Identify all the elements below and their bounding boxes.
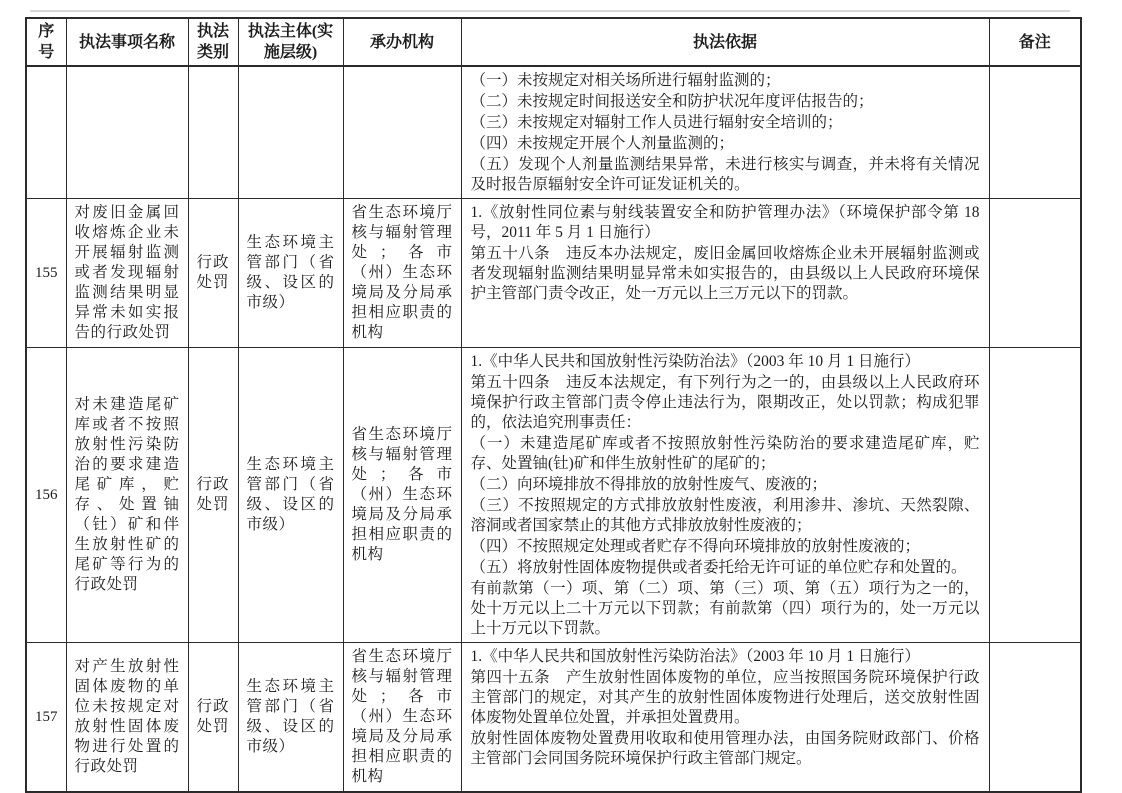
basis-paragraph: （二）未按规定时间报送安全和防护状况年度评估报告的；: [471, 92, 980, 112]
basis-paragraph: （五）发现个人剂量监测结果异常，未进行核实与调查，并未将有关情况及时报告原辐射安…: [471, 155, 980, 195]
subject-cell: [238, 66, 343, 199]
scan-artifact-line: [30, 10, 1070, 12]
basis-paragraph: （二）向环境排放不得排放的放射性废气、废液的；: [471, 475, 980, 495]
remark-cell: [989, 643, 1081, 793]
header-item-name: 执法事项名称: [66, 18, 188, 66]
basis-paragraph: （四）不按照规定处理或者贮存不得向环境排放的放射性废液的；: [471, 537, 980, 557]
basis-paragraph: 1.《中华人民共和国放射性污染防治法》（2003 年 10 月 1 日施行）: [471, 352, 980, 372]
subject-cell: 生态环境主管部门（省级、设区的市级）: [238, 348, 343, 643]
agency-cell: [343, 66, 461, 199]
scanned-document-page: 序号 执法事项名称 执法类别 执法主体(实施层级) 承办机构 执法依据 备注 （…: [0, 0, 1122, 793]
agency-cell: 省生态环境厅核与辐射管理处；各市（州）生态环境局及分局承担相应职责的机构: [343, 348, 461, 643]
basis-paragraph: （一）未建造尾矿库或者不按照放射性污染防治的要求建造尾矿库，贮存、处置铀(钍)矿…: [471, 434, 980, 474]
seq-cell: 157: [26, 643, 66, 793]
agency-cell: 省生态环境厅核与辐射管理处；各市（州）生态环境局及分局承担相应职责的机构: [343, 643, 461, 793]
table-row-continuation: （一）未按规定对相关场所进行辐射监测的；（二）未按规定时间报送安全和防护状况年度…: [26, 66, 1081, 199]
table-row-155: 155 对废旧金属回收熔炼企业未开展辐射监测或者发现辐射监测结果明显异常未如实报…: [26, 199, 1081, 348]
basis-paragraph: 第四十五条 产生放射性固体废物的单位，应当按照国务院环境保护行政主管部门的规定，…: [471, 668, 980, 728]
basis-paragraph: 第五十四条 违反本法规定，有下列行为之一的，由县级以上人民政府环境保护行政主管部…: [471, 373, 980, 433]
basis-cell: 1.《中华人民共和国放射性污染防治法》（2003 年 10 月 1 日施行）第五…: [461, 348, 989, 643]
basis-cell: （一）未按规定对相关场所进行辐射监测的；（二）未按规定时间报送安全和防护状况年度…: [461, 66, 989, 199]
basis-cell: 1.《放射性同位素与射线装置安全和防护管理办法》（环境保护部令第 18 号，20…: [461, 199, 989, 348]
table-header-row: 序号 执法事项名称 执法类别 执法主体(实施层级) 承办机构 执法依据 备注: [26, 18, 1081, 66]
remark-cell: [989, 348, 1081, 643]
basis-paragraph: 有前款第（一）项、第（二）项、第（三）项、第（五）项行为之一的，处十万元以上二十…: [471, 579, 980, 639]
remark-cell: [989, 199, 1081, 348]
header-remark: 备注: [989, 18, 1081, 66]
seq-cell: 155: [26, 199, 66, 348]
basis-paragraph: 放射性固体废物处置费用收取和使用管理办法，由国务院财政部门、价格主管部门会同国务…: [471, 729, 980, 769]
seq-cell: 156: [26, 348, 66, 643]
category-cell: 行政处罚: [188, 199, 238, 348]
category-cell: 行政处罚: [188, 643, 238, 793]
category-cell: [188, 66, 238, 199]
basis-paragraph: 1.《中华人民共和国放射性污染防治法》（2003 年 10 月 1 日施行）: [471, 647, 980, 667]
item-name-cell: 对产生放射性固体废物的单位未按规定对放射性固体废物进行处置的行政处罚: [66, 643, 188, 793]
basis-cell: 1.《中华人民共和国放射性污染防治法》（2003 年 10 月 1 日施行）第四…: [461, 643, 989, 793]
header-agency: 承办机构: [343, 18, 461, 66]
basis-paragraph: （五）将放射性固体废物提供或者委托给无许可证的单位贮存和处置的。: [471, 558, 980, 578]
basis-paragraph: （三）未按规定对辐射工作人员进行辐射安全培训的；: [471, 113, 980, 133]
header-basis: 执法依据: [461, 18, 989, 66]
item-name-cell: 对废旧金属回收熔炼企业未开展辐射监测或者发现辐射监测结果明显异常未如实报告的行政…: [66, 199, 188, 348]
enforcement-items-table: 序号 执法事项名称 执法类别 执法主体(实施层级) 承办机构 执法依据 备注 （…: [25, 17, 1082, 793]
subject-cell: 生态环境主管部门（省级、设区的市级）: [238, 199, 343, 348]
item-name-cell: [66, 66, 188, 199]
remark-cell: [989, 66, 1081, 199]
basis-paragraph: 第五十八条 违反本办法规定，废旧金属回收熔炼企业未开展辐射监测或者发现辐射监测结…: [471, 244, 980, 304]
basis-paragraph: （四）未按规定开展个人剂量监测的；: [471, 134, 980, 154]
basis-paragraph: （一）未按规定对相关场所进行辐射监测的；: [471, 71, 980, 91]
item-name-cell: 对未建造尾矿库或者不按照放射性污染防治的要求建造尾矿库，贮存、处置铀（钍）矿和伴…: [66, 348, 188, 643]
header-category: 执法类别: [188, 18, 238, 66]
header-seq: 序号: [26, 18, 66, 66]
category-cell: 行政处罚: [188, 348, 238, 643]
subject-cell: 生态环境主管部门（省级、设区的市级）: [238, 643, 343, 793]
table-row-157: 157 对产生放射性固体废物的单位未按规定对放射性固体废物进行处置的行政处罚 行…: [26, 643, 1081, 793]
table-row-156: 156 对未建造尾矿库或者不按照放射性污染防治的要求建造尾矿库，贮存、处置铀（钍…: [26, 348, 1081, 643]
agency-cell: 省生态环境厅核与辐射管理处；各市（州）生态环境局及分局承担相应职责的机构: [343, 199, 461, 348]
basis-paragraph: 1.《放射性同位素与射线装置安全和防护管理办法》（环境保护部令第 18 号，20…: [471, 203, 980, 243]
seq-cell: [26, 66, 66, 199]
basis-paragraph: （三）不按照规定的方式排放放射性废液，利用渗井、渗坑、天然裂隙、溶洞或者国家禁止…: [471, 496, 980, 536]
header-subject: 执法主体(实施层级): [238, 18, 343, 66]
